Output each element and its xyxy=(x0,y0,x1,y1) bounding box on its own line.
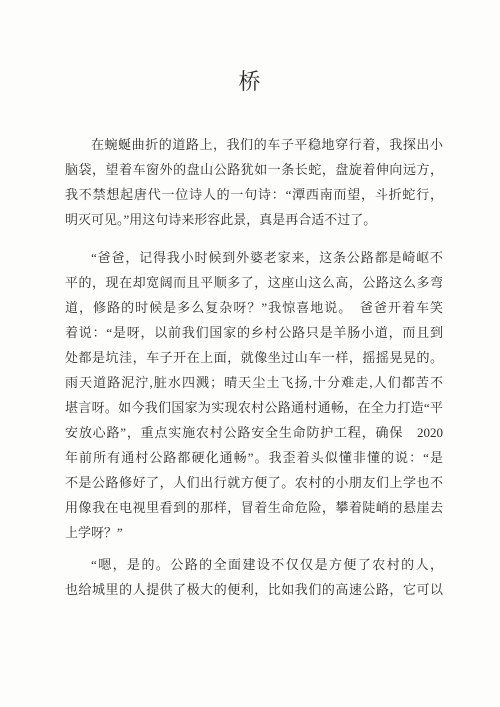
text-line: “嗯，是的。公路的全面建设不仅仅是方便了农村的人， xyxy=(65,552,443,577)
text-line: “爸爸，记得我小时候到外婆老家来，这条公路都是崎岖不 xyxy=(65,245,443,270)
paragraph: “嗯，是的。公路的全面建设不仅仅是方便了农村的人，也给城里的人提供了极大的便利，… xyxy=(65,552,443,602)
text-line: 着说：“是呀，以前我们国家的乡村公路只是羊肠小道，而且到 xyxy=(65,320,443,345)
text-line: 在蜿蜒曲折的道路上，我们的车子平稳地穿行着，我探出小 xyxy=(65,132,443,157)
text-line: 我不禁想起唐代一位诗人的一句诗：“潭西南而望，斗折蛇行， xyxy=(65,182,443,207)
text-line: 平的，现在却宽阔而且平顺多了，这座山这么高，公路这么多弯 xyxy=(65,270,443,295)
text-line: 用像我在电视里看到的那样，冒着生命危险，攀着陡峭的悬崖去 xyxy=(65,495,443,520)
paragraph: “爸爸，记得我小时候到外婆老家来，这条公路都是崎岖不平的，现在却宽阔而且平顺多了… xyxy=(65,245,443,545)
text-line: 明灭可见。”用这句诗来形容此景，真是再合适不过了。 xyxy=(65,207,443,232)
document-page: 桥 在蜿蜒曲折的道路上，我们的车子平稳地穿行着，我探出小脑袋，望着车窗外的盘山公… xyxy=(0,0,500,707)
text-line: 年前所有通村公路都硬化通畅”。我歪着头似懂非懂的说：“是 xyxy=(65,445,443,470)
document-body: 在蜿蜒曲折的道路上，我们的车子平稳地穿行着，我探出小脑袋，望着车窗外的盘山公路犹… xyxy=(65,132,443,602)
page-title: 桥 xyxy=(0,0,500,96)
text-line: 不是公路修好了，人们出行就方便了。农村的小朋友们上学也不 xyxy=(65,470,443,495)
paragraph: 在蜿蜒曲折的道路上，我们的车子平稳地穿行着，我探出小脑袋，望着车窗外的盘山公路犹… xyxy=(65,132,443,232)
text-line: 堪言呀。如今我们国家为实现农村公路通村通畅，在全力打造“平 xyxy=(65,395,443,420)
text-line: 道，修路的时候是多么复杂呀？”我惊喜地说。 爸爸开着车笑 xyxy=(65,295,443,320)
text-line: 脑袋，望着车窗外的盘山公路犹如一条长蛇，盘旋着伸向远方， xyxy=(65,157,443,182)
text-line: 上学呀？” xyxy=(65,520,443,545)
text-line: 也给城里的人提供了极大的便利，比如我们的高速公路，它可以 xyxy=(65,577,443,602)
text-line: 安放心路”，重点实施农村公路安全生命防护工程，确保 2020 xyxy=(65,420,443,445)
text-line: 处都是坑洼，车子开在上面，就像坐过山车一样，摇摇晃晃的。 xyxy=(65,345,443,370)
text-line: 雨天道路泥泞,脏水四溅；晴天尘土飞扬,十分难走,人们都苦不 xyxy=(65,370,443,395)
